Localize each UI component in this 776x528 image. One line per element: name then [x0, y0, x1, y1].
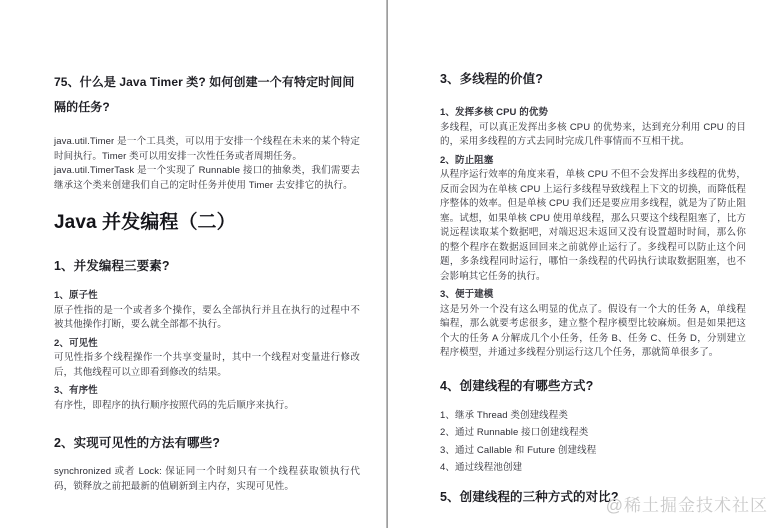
- three-elements-list: 1、原子性 原子性指的是一个或者多个操作，要么全部执行并且在执行的过程中不被其他…: [54, 289, 360, 413]
- thread-creation-list: 1、继承 Thread 类创建线程类 2、通过 Runnable 接口创建线程类…: [440, 409, 746, 476]
- creation-item-runnable: 2、通过 Runnable 接口创建线程类: [440, 426, 746, 441]
- term-label-visibility: 2、可见性: [54, 337, 360, 352]
- document-viewer: 75、什么是 Java Timer 类? 如何创建一个有特定时间间隔的任务? j…: [0, 0, 776, 528]
- value-label-multicore: 1、发挥多核 CPU 的优势: [440, 106, 746, 121]
- term-label-ordering: 3、有序性: [54, 384, 360, 399]
- section-heading-2: 2、实现可见性的方法有哪些?: [54, 434, 360, 452]
- page-divider: [386, 0, 388, 528]
- value-label-blocking: 2、防止阻塞: [440, 154, 746, 169]
- juejin-watermark: @稀土掘金技术社区: [606, 491, 768, 516]
- section-heading-3: 3、多线程的价值?: [440, 70, 746, 88]
- section-heading-1: 1、并发编程三要素?: [54, 257, 360, 275]
- section-heading-4: 4、创建线程的有哪些方式?: [440, 377, 746, 395]
- thread-value-list: 1、发挥多核 CPU 的优势 多线程，可以真正发挥出多核 CPU 的优势来，达到…: [440, 106, 746, 361]
- value-text-multicore: 多线程，可以真正发挥出多核 CPU 的优势来，达到充分利用 CPU 的目的，采用…: [440, 121, 746, 150]
- creation-item-thread: 1、继承 Thread 类创建线程类: [440, 409, 746, 424]
- value-text-blocking: 从程序运行效率的角度来看，单核 CPU 不但不会发挥出多线程的优势，反而会因为在…: [440, 168, 746, 284]
- creation-item-threadpool: 4、通过线程池创建: [440, 461, 746, 476]
- page-left: 75、什么是 Java Timer 类? 如何创建一个有特定时间间隔的任务? j…: [54, 60, 360, 504]
- term-text-ordering: 有序性，即程序的执行顺序按照代码的先后顺序来执行。: [54, 399, 360, 414]
- term-text-visibility: 可见性指多个线程操作一个共享变量时，其中一个线程对变量进行修改后，其他线程可以立…: [54, 351, 360, 380]
- page-right: 3、多线程的价值? 1、发挥多核 CPU 的优势 多线程，可以真正发挥出多核 C…: [440, 60, 746, 506]
- creation-item-callable: 3、通过 Callable 和 Future 创建线程: [440, 444, 746, 459]
- term-text-atomicity: 原子性指的是一个或者多个操作，要么全部执行并且在执行的过程中不被其他操作打断，要…: [54, 304, 360, 333]
- term-label-atomicity: 1、原子性: [54, 289, 360, 304]
- question-75-title: 75、什么是 Java Timer 类? 如何创建一个有特定时间间隔的任务?: [54, 70, 360, 120]
- visibility-methods-answer: synchronized 或者 Lock: 保证同一个时刻只有一个线程获取锁执行…: [54, 465, 360, 494]
- value-label-modeling: 3、便于建模: [440, 288, 746, 303]
- chapter-heading: Java 并发编程（二）: [54, 210, 360, 236]
- question-75-answer: java.util.Timer 是一个工具类，可以用于安排一个线程在未来的某个特…: [54, 135, 360, 193]
- value-text-modeling: 这是另外一个没有这么明显的优点了。假设有一个大的任务 A，单线程编程，那么就要考…: [440, 303, 746, 361]
